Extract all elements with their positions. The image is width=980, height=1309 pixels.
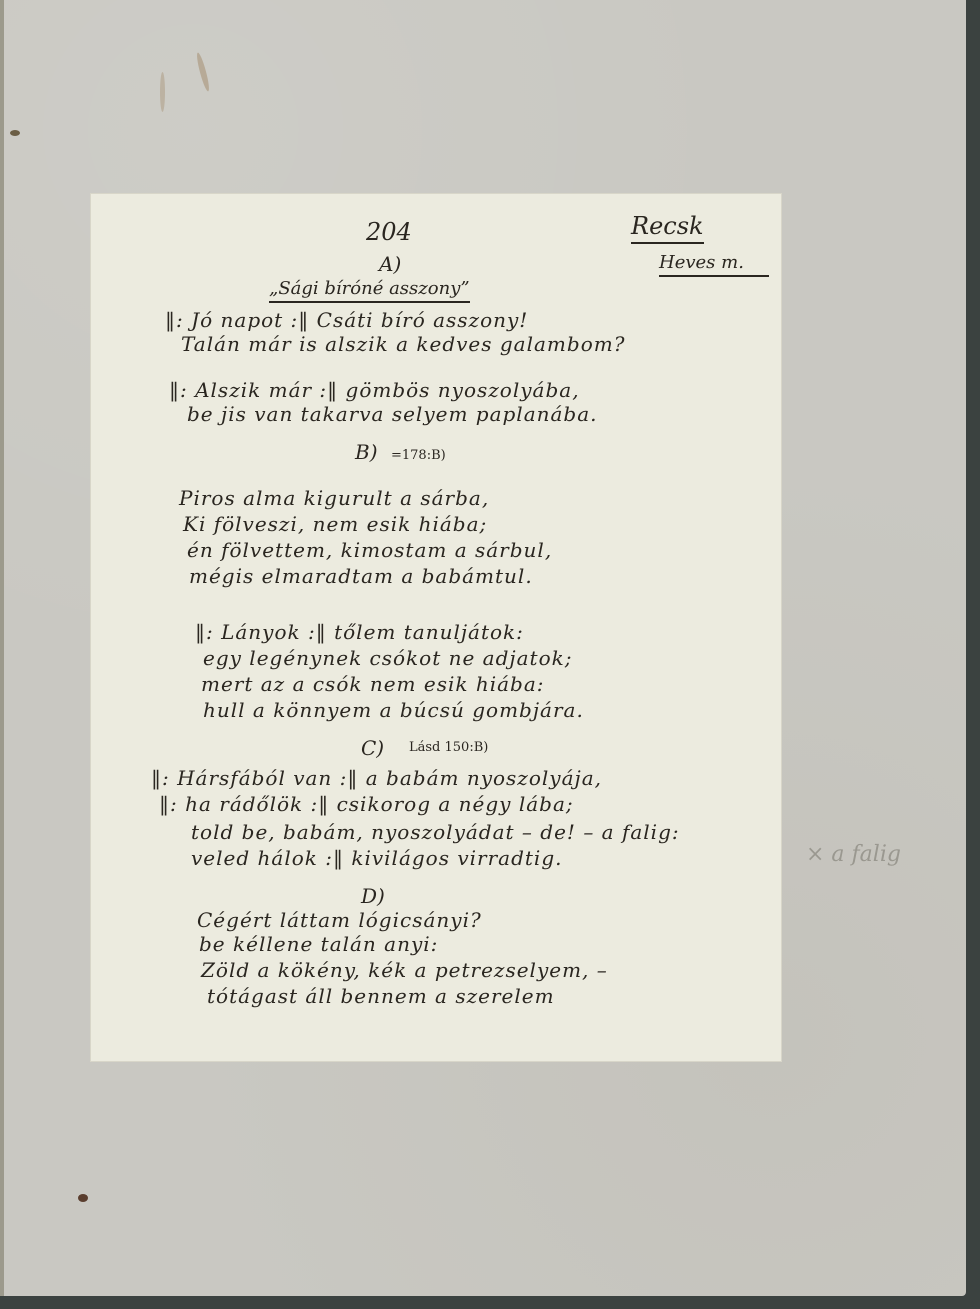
- verse-line: veled hálok :‖ kivilágos virradtig.: [191, 846, 562, 870]
- verse-line: ‖: Alszik már :‖ gömbös nyoszolyába,: [169, 378, 580, 402]
- verse-line: told be, babám, nyoszolyádat – de! – a f…: [191, 820, 680, 844]
- verse-line: Cégért láttam lógicsányi?: [197, 908, 482, 932]
- stain: [160, 72, 165, 112]
- verse-line: be kéllene talán anyi:: [199, 932, 438, 956]
- verse-line: Zöld a kökény, kék a petrezselyem, –: [201, 958, 608, 982]
- manuscript-sheet: 204 Recsk Heves m. A) „Sági bíróné asszo…: [91, 194, 781, 1061]
- verse-line: ‖: ha rádőlök :‖ csikorog a négy lába;: [159, 792, 574, 816]
- section-c-label: C): [361, 736, 384, 760]
- section-a-label: A): [379, 252, 401, 276]
- mounting-board: 204 Recsk Heves m. A) „Sági bíróné asszo…: [0, 0, 966, 1296]
- section-b-label: B): [355, 440, 378, 464]
- verse-line: mert az a csók nem esik hiába:: [201, 672, 545, 696]
- section-b-reference: =178:B): [391, 448, 446, 463]
- verse-line: tótágast áll bennem a szerelem: [207, 984, 555, 1008]
- verse-line: ‖: Lányok :‖ tőlem tanuljátok:: [195, 620, 524, 644]
- stain: [10, 130, 20, 136]
- location-place: Recsk: [631, 212, 704, 244]
- verse-line: Talán már is alszik a kedves galambom?: [181, 332, 625, 356]
- verse-line: mégis elmaradtam a babámtul.: [189, 564, 533, 588]
- verse-line: én fölvettem, kimostam a sárbul,: [187, 538, 552, 562]
- stain: [195, 52, 211, 92]
- section-a-title: „Sági bíróné asszony”: [269, 278, 470, 303]
- verse-line: hull a könnyem a búcsú gombjára.: [203, 698, 584, 722]
- verse-line: Ki fölveszi, nem esik hiába;: [183, 512, 487, 536]
- pencil-margin-note: × a falig: [806, 842, 901, 867]
- section-d-label: D): [361, 884, 385, 908]
- board-edge: [0, 0, 4, 1296]
- stain: [78, 1194, 88, 1202]
- verse-line: egy legénynek csókot ne adjatok;: [203, 646, 572, 670]
- location-county: Heves m.: [659, 252, 769, 277]
- section-c-reference: Lásd 150:B): [409, 740, 488, 755]
- page-number: 204: [366, 218, 412, 246]
- verse-line: ‖: Jó napot :‖ Csáti bíró asszony!: [165, 308, 528, 332]
- verse-line: Piros alma kigurult a sárba,: [179, 486, 489, 510]
- verse-line: be jis van takarva selyem paplanába.: [187, 402, 598, 426]
- verse-line: ‖: Hársfából van :‖ a babám nyoszolyája,: [151, 766, 602, 790]
